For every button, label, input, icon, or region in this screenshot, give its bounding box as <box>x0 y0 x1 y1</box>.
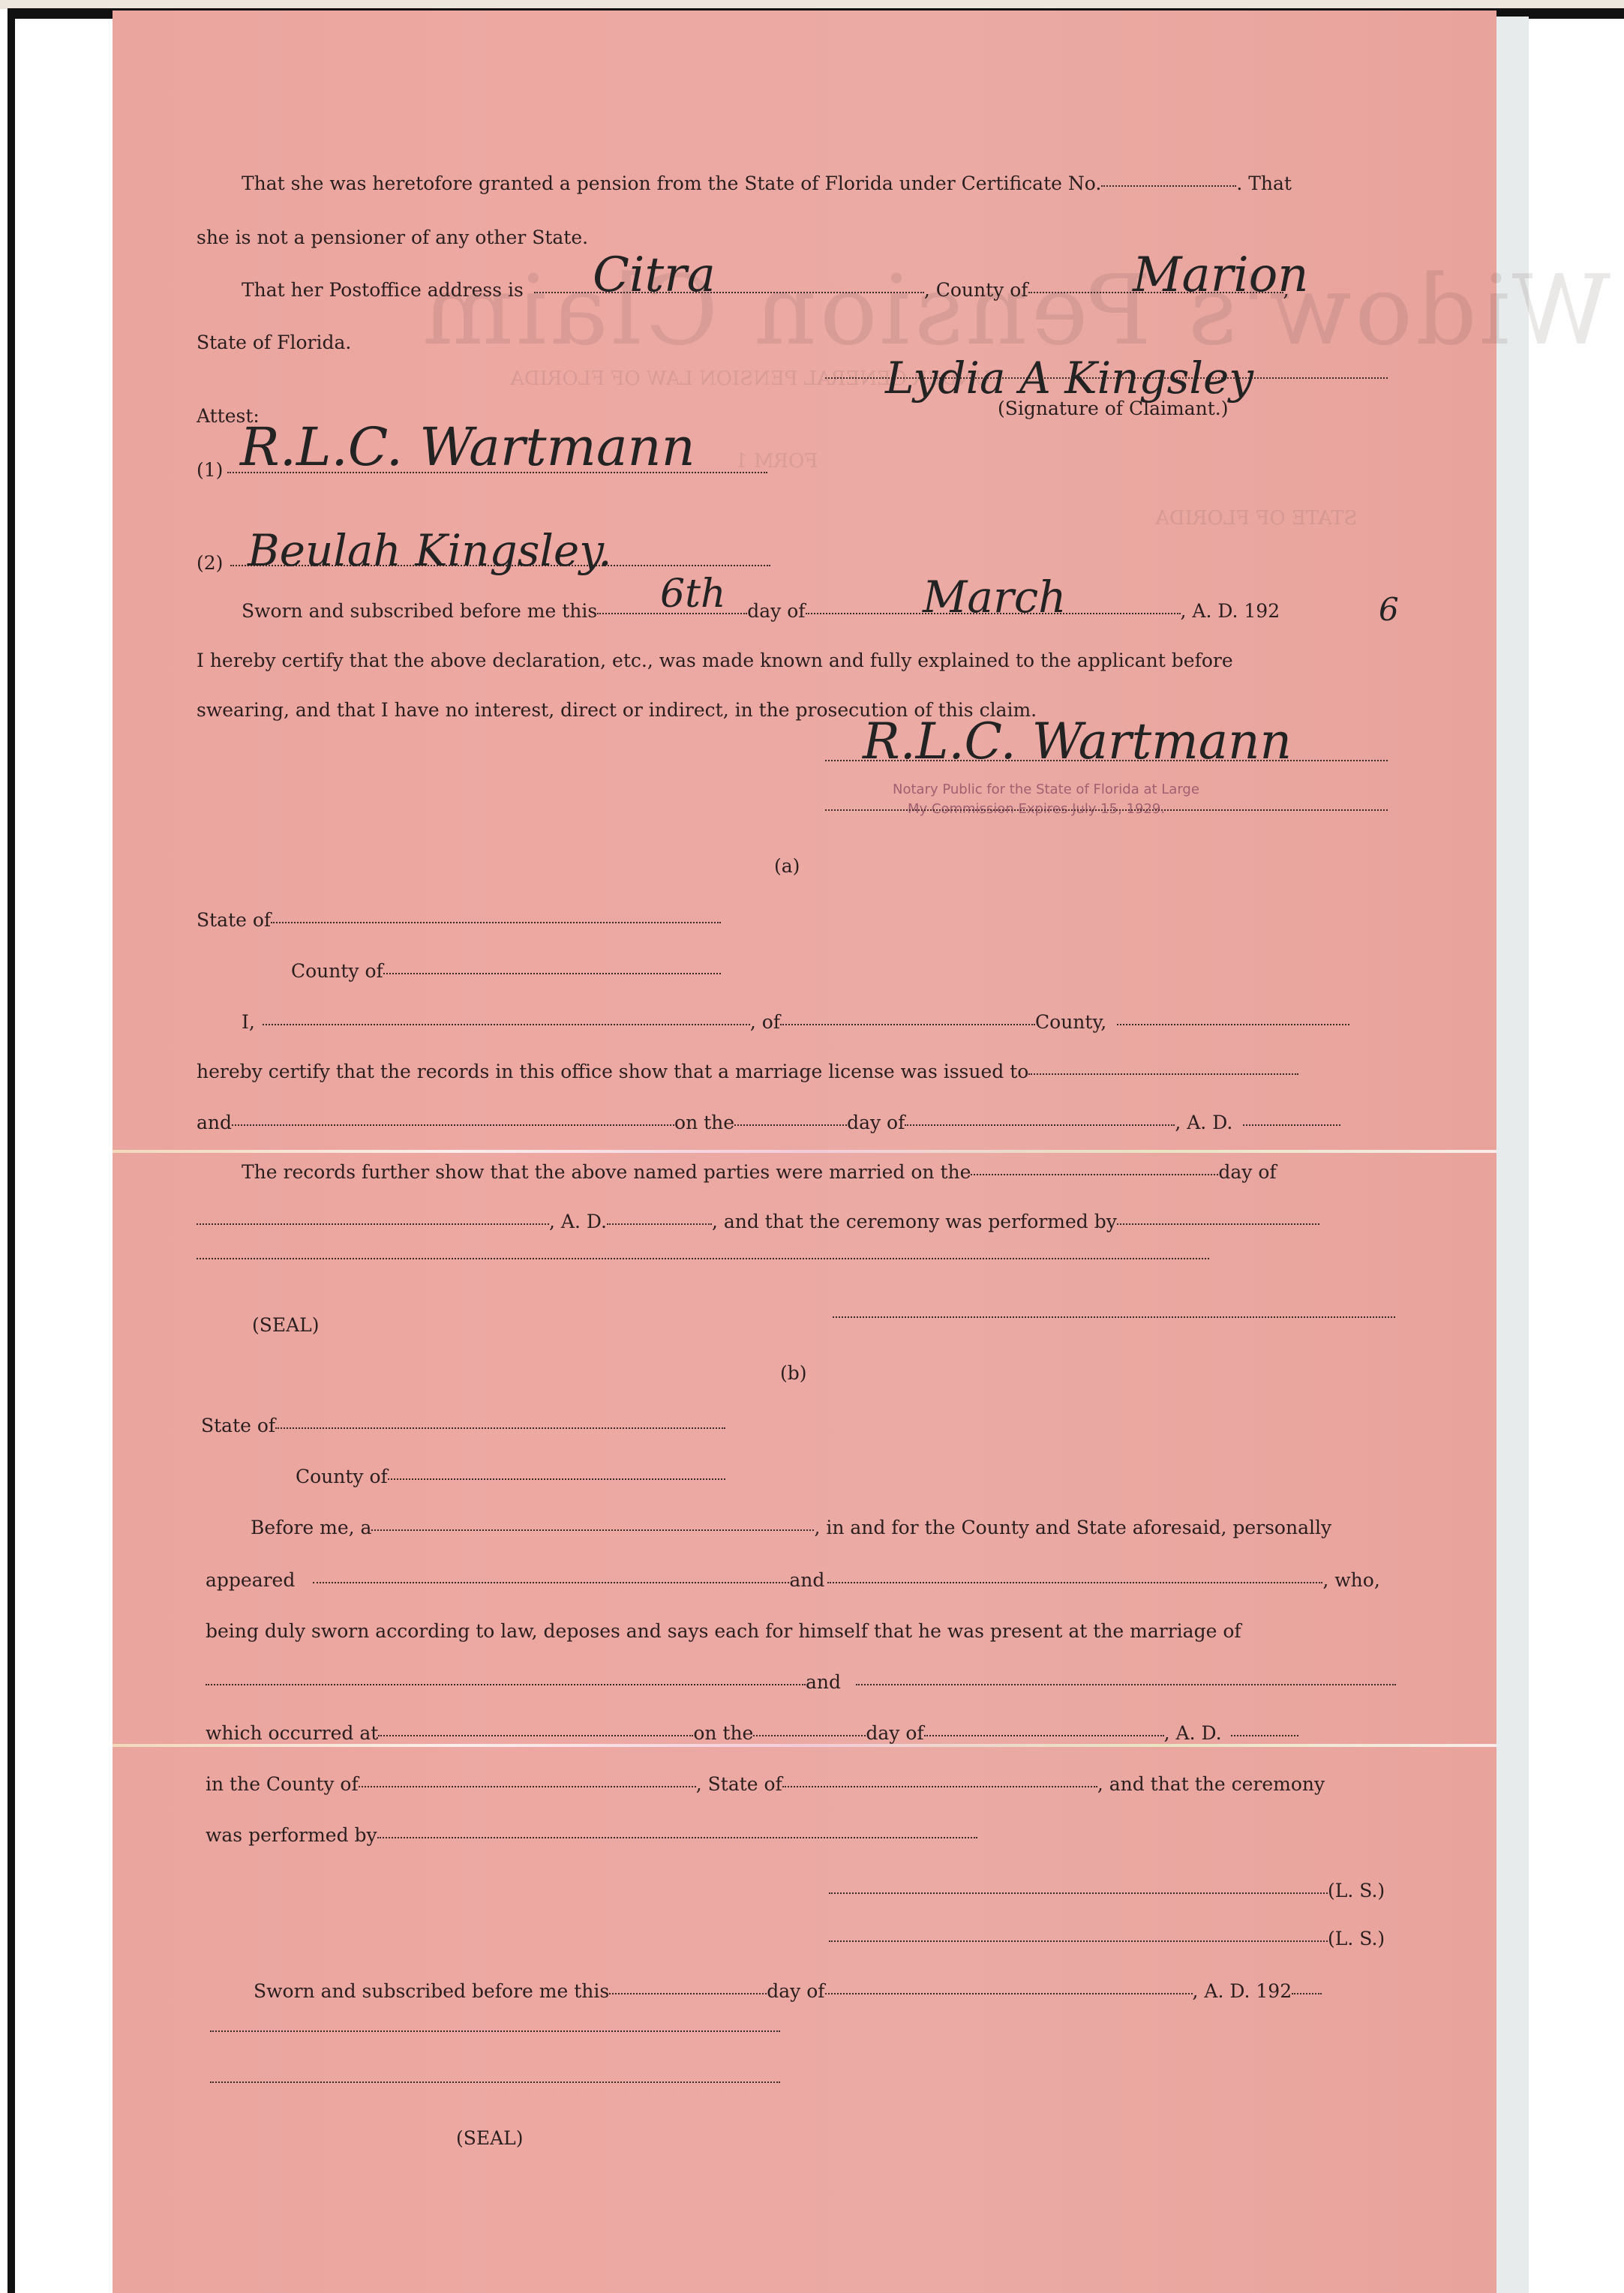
section-a-signature-line <box>833 1319 1395 1321</box>
section-b-county-state-line: in the County of , State of , and that t… <box>206 1773 1325 1796</box>
notary-title-field[interactable] <box>825 809 1388 811</box>
section-a-officiant-line2 <box>197 1260 1209 1262</box>
oath-month-handwritten: March <box>923 572 1067 623</box>
section-b-witness1-field[interactable] <box>313 1581 789 1583</box>
section-a-ad2-label: , A. D. <box>549 1211 607 1233</box>
section-b-performed-label: was performed by <box>206 1824 377 1847</box>
section-b-state-field[interactable] <box>275 1427 725 1429</box>
section-a-name-field[interactable] <box>263 1023 750 1025</box>
section-b-and-label: and <box>789 1569 824 1592</box>
section-b-seal: (SEAL) <box>456 2127 524 2150</box>
notary-title-line <box>825 812 1388 814</box>
section-b-affiant2-signature-field[interactable] <box>829 1940 1328 1942</box>
section-a-ceremony-line: , A. D. , and that the ceremony was perf… <box>197 1211 1319 1233</box>
section-b-oath-line: Sworn and subscribed before me this day … <box>254 1980 1322 2003</box>
section-b-ls1-label: (L. S.) <box>1328 1880 1385 1902</box>
section-b-appeared-line: appeared and , who, <box>206 1569 1380 1592</box>
certificate-that: . That <box>1236 173 1292 195</box>
section-a-county-line: County of <box>291 960 721 983</box>
section-a-married-month-field[interactable] <box>197 1223 549 1225</box>
section-b-sworn-text: being duly sworn according to law, depos… <box>206 1620 1241 1643</box>
certificate-text: That she was heretofore granted a pensio… <box>242 173 1101 195</box>
postoffice-label: That her Postoffice address is <box>242 279 524 302</box>
section-a-and-line: and on the day of , A. D. <box>197 1112 1340 1134</box>
section-b-ls1-line: (L. S.) <box>829 1880 1385 1902</box>
section-b-on-the-label: on the <box>693 1722 753 1745</box>
section-b-marriage-parties-line: and <box>206 1671 1396 1694</box>
section-a-officiant-field-2[interactable] <box>197 1257 1209 1259</box>
paper-fold-crease <box>113 1150 1496 1153</box>
section-a-state-line: State of <box>197 909 721 932</box>
section-a-married-year-field[interactable] <box>607 1223 712 1225</box>
section-b-oath-day-field[interactable] <box>609 1992 767 1994</box>
section-b-officer-title-field[interactable] <box>210 2081 780 2083</box>
section-b-occurred-line: which occurred at on the day of , A. D. <box>206 1722 1298 1745</box>
certificate-line: That she was heretofore granted a pensio… <box>242 173 1292 195</box>
state-of-florida-line: State of Florida. <box>197 332 351 354</box>
section-a-certifier-line: I, , of County, <box>242 1011 1349 1034</box>
section-b-oath-ad-label: , A. D. 192 <box>1193 1980 1292 2003</box>
section-b-performed-line: was performed by <box>206 1824 977 1847</box>
section-b-occurred-label: which occurred at <box>206 1722 378 1745</box>
section-a-day-of-label: day of <box>847 1112 905 1134</box>
section-a-officiant-field[interactable] <box>1117 1223 1319 1225</box>
section-a-seal: (SEAL) <box>252 1314 320 1337</box>
section-a-title-field[interactable] <box>1117 1023 1349 1025</box>
section-a-license-month-field[interactable] <box>905 1124 1175 1126</box>
section-b-ad-label: , A. D. <box>1164 1722 1222 1745</box>
section-b-ceremony-county-field[interactable] <box>359 1785 696 1787</box>
section-a-county-label: County of <box>291 960 383 983</box>
section-b-officer-title-line <box>210 2084 780 2086</box>
not-pensioner-line: she is not a pensioner of any other Stat… <box>197 227 588 249</box>
county-handwritten: Marion <box>1133 248 1309 303</box>
section-b-year-field[interactable] <box>1231 1734 1298 1736</box>
section-b-who-label: , who, <box>1322 1569 1379 1592</box>
section-a-ceremony-text: , and that the ceremony was performed by <box>712 1211 1117 1233</box>
witness-2-number: (2) <box>197 552 223 575</box>
section-a-records-text: The records further show that the above … <box>242 1161 971 1184</box>
section-b-ls2-line: (L. S.) <box>829 1928 1385 1950</box>
section-a-license-day-field[interactable] <box>734 1124 847 1126</box>
section-b-county-label: County of <box>296 1466 388 1488</box>
section-a-label: (a) <box>774 855 800 877</box>
oath-day-of-label: day of <box>747 600 805 623</box>
section-a-license-text: hereby certify that the records in this … <box>197 1061 1028 1083</box>
section-b-month-field[interactable] <box>924 1734 1164 1736</box>
section-b-county-line: County of <box>296 1466 725 1488</box>
section-a-county-field[interactable] <box>383 972 721 974</box>
section-b-party1-field[interactable] <box>206 1683 806 1685</box>
section-a-and-label: and <box>197 1112 232 1134</box>
oath-year-digit: 6 <box>1379 591 1399 628</box>
section-b-label: (b) <box>780 1362 807 1384</box>
section-b-aforesaid-text: , in and for the County and State afores… <box>814 1517 1331 1539</box>
section-a-of-label: , of <box>750 1011 780 1034</box>
section-a-county2-field[interactable] <box>780 1023 1035 1025</box>
section-b-officer-signature-field[interactable] <box>210 2030 780 2032</box>
section-a-married-day-field[interactable] <box>971 1173 1218 1175</box>
ghost-state: STATE OF FLORIDA <box>1155 507 1357 530</box>
section-b-officer-field[interactable] <box>371 1529 814 1531</box>
section-b-officer-signature-line <box>210 2033 780 2035</box>
oath-line: Sworn and subscribed before me this day … <box>242 600 1280 623</box>
witness-1-number: (1) <box>197 459 223 482</box>
section-b-oath-day-of-label: day of <box>767 1980 824 2003</box>
section-a-on-the-label: on the <box>674 1112 734 1134</box>
section-b-witness2-field[interactable] <box>827 1581 1322 1583</box>
certificate-number-field[interactable] <box>1101 185 1236 187</box>
section-b-state-line: State of <box>201 1415 725 1437</box>
section-a-license-party2-field[interactable] <box>232 1124 674 1126</box>
section-b-place-field[interactable] <box>378 1734 693 1736</box>
section-b-affiant1-signature-field[interactable] <box>829 1892 1328 1894</box>
section-b-county-field[interactable] <box>388 1478 725 1480</box>
section-b-sworn-label: Sworn and subscribed before me this <box>254 1980 609 2003</box>
section-a-day-of-end-label: day of <box>1218 1161 1276 1184</box>
section-a-county2-label: County, <box>1035 1011 1106 1034</box>
section-b-oath-month-field[interactable] <box>825 1992 1193 1994</box>
notary-stamp-line-1: Notary Public for the State of Florida a… <box>893 782 1199 797</box>
section-a-signature-field[interactable] <box>833 1316 1395 1318</box>
section-b-officiant-field[interactable] <box>377 1836 977 1838</box>
witness-1-signature: R.L.C. Wartmann <box>240 416 695 478</box>
scan-border-left <box>8 8 15 2293</box>
section-a-married-line: The records further show that the above … <box>242 1161 1277 1184</box>
section-b-state-inline-label: , State of <box>696 1773 782 1796</box>
section-b-appeared-label: appeared <box>206 1569 295 1592</box>
section-b-in-county-label: in the County of <box>206 1773 359 1796</box>
section-b-before-me-line: Before me, a , in and for the County and… <box>251 1517 1331 1539</box>
paper-fold-crease-2 <box>113 1744 1496 1747</box>
section-a-state-field[interactable] <box>271 921 721 923</box>
oath-day-handwritten: 6th <box>660 572 725 617</box>
section-b-state-label: State of <box>201 1415 275 1437</box>
oath-sworn-label: Sworn and subscribed before me this <box>242 600 597 623</box>
notary-signature: R.L.C. Wartmann <box>863 713 1292 770</box>
witness-2-signature: Beulah Kingsley. <box>248 525 612 576</box>
claimant-signature-label: (Signature of Claimant.) <box>998 398 1228 420</box>
claimant-signature: Lydia A Kingsley <box>885 353 1253 404</box>
section-b-ceremony-state-field[interactable] <box>782 1785 1097 1787</box>
certify-line-1: I hereby certify that the above declarat… <box>197 650 1233 672</box>
section-b-day-of-label: day of <box>866 1722 923 1745</box>
section-b-before-me-label: Before me, a <box>251 1517 371 1539</box>
section-a-license-party1-field[interactable] <box>1028 1073 1298 1075</box>
section-b-ls2-label: (L. S.) <box>1328 1928 1385 1950</box>
section-a-license-line: hereby certify that the records in this … <box>197 1061 1298 1083</box>
section-b-and2-label: and <box>806 1671 841 1694</box>
section-b-oath-year-field[interactable] <box>1292 1992 1322 1994</box>
section-b-party2-field[interactable] <box>856 1683 1396 1685</box>
section-b-ceremony-text: , and that the ceremony <box>1097 1773 1325 1796</box>
section-a-license-year-field[interactable] <box>1243 1124 1340 1126</box>
section-a-state-label: State of <box>197 909 271 932</box>
section-a-i-label: I, <box>242 1011 255 1034</box>
oath-ad-label: , A. D. 192 <box>1181 600 1280 623</box>
section-b-day-field[interactable] <box>753 1734 866 1736</box>
county-label: , County of <box>924 279 1028 302</box>
postoffice-handwritten: Citra <box>593 248 716 303</box>
section-a-ad-label: , A. D. <box>1175 1112 1232 1134</box>
